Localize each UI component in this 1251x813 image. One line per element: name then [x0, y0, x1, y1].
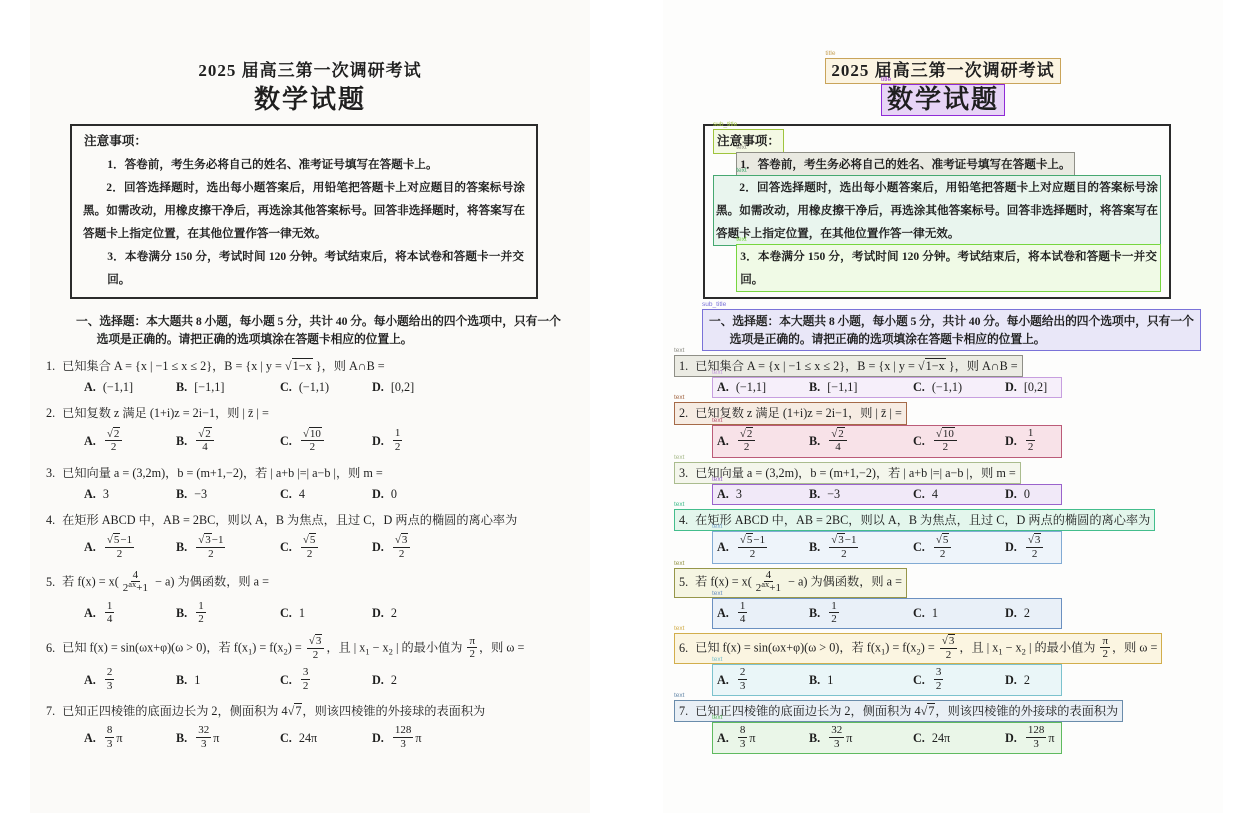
sqrt-overline: 3 [315, 634, 323, 648]
question-block: 6.已知 f(x) = sin(ωx+φ)(ω > 0)，若 f(x1) = f… [663, 634, 1223, 695]
fraction-denominator: 3 [832, 738, 842, 750]
fraction: √32 [393, 533, 411, 560]
annotation-label: text [713, 168, 747, 175]
annotation-label: text [712, 591, 722, 598]
option-label: D. [372, 487, 384, 502]
notice-item-text: 3．本卷满分 150 分，考试时间 120 分钟。考试结束后，将本试卷和答题卡一… [104, 245, 527, 291]
option: A.√22 [84, 428, 176, 455]
fraction-denominator: 2 [1100, 648, 1110, 660]
option-value: √3−12 [827, 534, 860, 561]
exam-subtitle-row: 数学试题 [30, 85, 590, 115]
fraction: √3−12 [196, 533, 225, 560]
option-label: B. [809, 673, 820, 688]
section-heading-line1: 一、选择题：本大题共 8 小题，每小题 5 分，共计 40 分。每小题给出的四个… [709, 312, 1194, 330]
fraction-denominator: 4 [738, 613, 748, 625]
fraction-numerator: 32 [196, 724, 211, 737]
option: A.3 [717, 487, 809, 502]
fraction-numerator: 1 [393, 427, 403, 440]
sqrt-overline: 7 [294, 703, 302, 718]
fraction-numerator: √10 [934, 427, 957, 442]
exam-title-row: 2025 届高三第一次调研考试title [663, 59, 1223, 83]
fraction-numerator: √3 [393, 533, 411, 548]
option: C.√52 [913, 534, 1005, 561]
fraction-numerator: 1 [829, 600, 839, 613]
fraction-denominator: 2 [941, 441, 951, 453]
fraction-numerator: 3 [934, 666, 944, 679]
option-label: A. [717, 487, 729, 502]
sqrt-overline: 5 [746, 533, 754, 547]
fraction-denominator: 2ax+1 [754, 582, 783, 594]
question-block: 1.已知集合 A = {x | −1 ≤ x ≤ 2}，B = {x | y =… [30, 356, 590, 397]
annotation-label: title [825, 51, 835, 58]
fraction-numerator: π [467, 635, 477, 648]
sqrt-overline: 3 [204, 533, 212, 547]
option-label: C. [280, 673, 292, 688]
notice-heading-row: 注意事项：sub_title [714, 130, 1160, 153]
option: A.√5−12 [84, 534, 176, 561]
fraction: √5−12 [738, 533, 767, 560]
question-stem: 4.在矩形 ABCD 中，AB = 2BC，则以 A，B 为焦点，且过 C，D … [42, 510, 521, 530]
superscript: ax [761, 579, 769, 589]
option-value: √5−12 [103, 534, 136, 561]
sqrt-expression: √1−x [285, 359, 313, 373]
options-row: A.14B.12C.1D.2 [80, 599, 428, 629]
option: B.1 [176, 673, 280, 688]
option-value: (−1,1] [736, 380, 766, 395]
question-list: 1.已知集合 A = {x | −1 ≤ x ≤ 2}，B = {x | y =… [30, 356, 590, 753]
option-value: 12 [194, 601, 208, 627]
sqrt-overline: 5 [942, 533, 950, 547]
annotation-label: text [736, 237, 746, 244]
option-value: 1283π [1024, 725, 1055, 751]
fraction-numerator: √5 [934, 533, 952, 548]
option-value: 14 [103, 601, 117, 627]
fraction-denominator: 2 [938, 548, 948, 560]
option-value: 12 [827, 601, 841, 627]
question-block: 3.已知向量 a = (3,2m)，b = (m+1,−2)，若 | a+b |… [30, 463, 590, 504]
fraction-numerator: 8 [738, 724, 748, 737]
fraction-numerator: √3 [1026, 533, 1044, 548]
sqrt-expression: √5 [936, 534, 950, 546]
option-label: C. [913, 673, 925, 688]
fraction: √5−12 [105, 533, 134, 560]
question-stem: 4.在矩形 ABCD 中，AB = 2BC，则以 A，B 为焦点，且过 C，D … [675, 510, 1154, 530]
option-value: √24 [194, 428, 216, 455]
option-label: C. [280, 487, 292, 502]
question-stem: 7.已知正四棱锥的底面边长为 2，侧面积为 4√7，则该四棱锥的外接球的表面积为 [42, 701, 489, 721]
option-value: 83π [736, 725, 756, 751]
option-label: D. [1005, 380, 1017, 395]
option: B.√3−12 [809, 534, 913, 561]
options-row: A.14B.12C.1D.2text [713, 599, 1061, 629]
fraction-denominator: 4 [105, 613, 115, 625]
section-heading: 一、选择题：本大题共 8 小题，每小题 5 分，共计 40 分。每小题给出的四个… [70, 310, 567, 350]
fraction-numerator: 32 [829, 724, 844, 737]
fraction-denominator: 2 [944, 649, 954, 661]
option-label: A. [717, 380, 729, 395]
option-value: 12 [1024, 428, 1038, 454]
question-stem-row: 7.已知正四棱锥的底面边长为 2，侧面积为 4√7，则该四棱锥的外接球的表面积为 [42, 701, 590, 721]
option-value: (−1,1) [932, 380, 962, 395]
option: D.0 [372, 487, 424, 502]
option: C.24π [280, 731, 372, 746]
fraction-denominator: 2 [115, 548, 125, 560]
option-label: D. [1005, 731, 1017, 746]
fraction-denominator: 2 [305, 548, 315, 560]
fraction-numerator: √3 [940, 634, 958, 649]
option: D.2 [372, 673, 424, 688]
option: B.√24 [176, 428, 280, 455]
sqrt-overline: 2 [746, 427, 754, 441]
fraction: √102 [934, 427, 957, 454]
option: D.12 [372, 428, 424, 454]
option-label: D. [372, 673, 384, 688]
question-number: 4. [679, 513, 688, 527]
sqrt-overline: 5 [309, 533, 317, 547]
fraction-denominator: 2 [109, 441, 119, 453]
fraction-numerator: √5−1 [105, 533, 134, 548]
exam-subtitle-row: 数学试题title [663, 85, 1223, 115]
sqrt-expression: √3 [831, 534, 845, 546]
sqrt-overline: 7 [927, 703, 935, 718]
question-stem-row: 4.在矩形 ABCD 中，AB = 2BC，则以 A，B 为焦点，且过 C，D … [675, 510, 1223, 530]
option-value: 3 [736, 487, 742, 502]
fraction: 1283 [393, 724, 414, 750]
fraction: π2 [467, 635, 477, 661]
fraction: π2 [1100, 635, 1110, 661]
question-number: 7. [679, 704, 688, 718]
fraction: 323 [829, 724, 844, 750]
sqrt-expression: √3 [395, 534, 409, 546]
option-value: √5−12 [736, 534, 769, 561]
section-heading-line2: 选项是正确的。请把正确的选项填涂在答题卡相应的位置上。 [97, 330, 561, 348]
option-label: D. [372, 540, 384, 555]
option-value: 32 [299, 667, 313, 693]
exam-subtitle: 数学试题 [249, 85, 371, 115]
fraction-numerator: π [1100, 635, 1110, 648]
question-stem-row: 4.在矩形 ABCD 中，AB = 2BC，则以 A，B 为焦点，且过 C，D … [42, 510, 590, 530]
fraction: 83 [105, 724, 115, 750]
notice-item-text: 3．本卷满分 150 分，考试时间 120 分钟。考试结束后，将本试卷和答题卡一… [737, 245, 1160, 291]
question-stem: 3.已知向量 a = (3,2m)，b = (m+1,−2)，若 | a+b |… [42, 463, 387, 483]
notice-heading-row: 注意事项： [81, 130, 527, 153]
sqrt-expression: √7 [921, 704, 936, 718]
option: A.3 [84, 487, 176, 502]
option: D.[0,2] [372, 380, 424, 395]
option-value: 2 [1024, 606, 1030, 621]
option-value: −3 [827, 487, 840, 502]
options-row: A.(−1,1]B.[−1,1]C.(−1,1)D.[0,2] [80, 378, 428, 397]
option-label: B. [809, 380, 820, 395]
option: D.12 [1005, 428, 1057, 454]
question-stem: 2.已知复数 z 满足 (1+i)z = 2i−1，则 | z̄ | =text [675, 403, 906, 423]
question-stem: 3.已知向量 a = (3,2m)，b = (m+1,−2)，若 | a+b |… [675, 463, 1020, 483]
annotation-label: text [674, 455, 684, 462]
annotation-label: text [712, 370, 722, 377]
option-label: C. [913, 380, 925, 395]
option-value: 32 [932, 667, 946, 693]
option: A.(−1,1] [717, 380, 809, 395]
screenshot-canvas: 2025 届高三第一次调研考试 数学试题 注意事项： 1．答卷前，考生务必将自己… [0, 0, 1251, 813]
fraction-numerator: √2 [738, 427, 756, 442]
option-label: D. [1005, 606, 1017, 621]
option: B.[−1,1] [176, 380, 280, 395]
option-label: A. [717, 434, 729, 449]
fraction-numerator: 2 [738, 666, 748, 679]
fraction-denominator: 3 [199, 738, 209, 750]
option-value: √3−12 [194, 534, 227, 561]
option-value: √102 [932, 428, 959, 455]
fraction-denominator: 2 [1030, 548, 1040, 560]
fraction-numerator: 2 [105, 666, 115, 679]
section-heading-line1: 一、选择题：本大题共 8 小题，每小题 5 分，共计 40 分。每小题给出的四个… [76, 312, 561, 330]
notice-item: 2．回答选择题时，选出每小题答案后，用铅笔把答题卡上对应题目的答案标号涂黑。如需… [714, 176, 1160, 245]
fraction-numerator: 1 [738, 600, 748, 613]
option-label: D. [1005, 487, 1017, 502]
fraction-numerator: √2 [196, 427, 214, 442]
question-block: 1.已知集合 A = {x | −1 ≤ x ≤ 2}，B = {x | y =… [663, 356, 1223, 397]
option-label: D. [1005, 673, 1017, 688]
option-label: C. [280, 380, 292, 395]
option-value: 2 [391, 606, 397, 621]
option-value: [0,2] [391, 380, 414, 395]
sqrt-expression: √10 [936, 428, 955, 440]
annotation-label: text [712, 715, 722, 722]
option: C.4 [280, 487, 372, 502]
option: D.1283π [1005, 725, 1057, 751]
question-stem: 7.已知正四棱锥的底面边长为 2，侧面积为 4√7，则该四棱锥的外接球的表面积为… [675, 701, 1122, 721]
sqrt-overline: 2 [204, 427, 212, 441]
fraction: 42ax+1 [121, 569, 150, 595]
option: C.(−1,1) [280, 380, 372, 395]
fraction-denominator: 3 [398, 738, 408, 750]
sqrt-overline: 5 [113, 533, 121, 547]
fraction: 1283 [1026, 724, 1047, 750]
question-number: 2. [679, 406, 688, 420]
option-label: D. [372, 380, 384, 395]
option-value: [−1,1] [827, 380, 857, 395]
fraction: 14 [105, 600, 115, 626]
option-value: √22 [103, 428, 125, 455]
question-block: 2.已知复数 z 满足 (1+i)z = 2i−1，则 | z̄ | =A.√2… [30, 403, 590, 456]
question-stem: 2.已知复数 z 满足 (1+i)z = 2i−1，则 | z̄ | = [42, 403, 273, 423]
option-value: √102 [299, 428, 326, 455]
question-stem-row: 1.已知集合 A = {x | −1 ≤ x ≤ 2}，B = {x | y =… [675, 356, 1223, 376]
sqrt-overline: 2 [113, 427, 121, 441]
options-row: A.√5−12B.√3−12C.√52D.√32text [713, 532, 1061, 563]
options-row: A.√5−12B.√3−12C.√52D.√32 [80, 532, 428, 563]
fraction-denominator: 2 [311, 649, 321, 661]
option: B.1 [809, 673, 913, 688]
question-stem: 5.若 f(x) = x(42ax+1 − a) 为偶函数，则 a = [42, 569, 273, 597]
option-label: B. [809, 434, 820, 449]
option: D.2 [1005, 606, 1057, 621]
fraction: 12 [1026, 427, 1036, 453]
question-stem-row: 2.已知复数 z 满足 (1+i)z = 2i−1，则 | z̄ | =text [675, 403, 1223, 423]
option-label: A. [84, 673, 96, 688]
option-label: C. [913, 487, 925, 502]
option-value: [0,2] [1024, 380, 1047, 395]
sqrt-expression: √3 [198, 534, 212, 546]
subscript: 1 [998, 647, 1002, 657]
question-number: 6. [46, 641, 55, 655]
option-value: 1283π [391, 725, 422, 751]
fraction: 12 [196, 600, 206, 626]
option-value: 2 [391, 673, 397, 688]
exam-title: 2025 届高三第一次调研考试 [193, 59, 426, 83]
option-value: 323π [194, 725, 219, 751]
option: A.(−1,1] [84, 380, 176, 395]
option-value: 0 [1024, 487, 1030, 502]
option-label: D. [1005, 540, 1017, 555]
notice-box: 注意事项： 1．答卷前，考生务必将自己的姓名、准考证号填写在答题卡上。 2．回答… [70, 124, 538, 299]
fraction: √32 [940, 634, 958, 661]
option-value: 1 [299, 606, 305, 621]
option: B.√24 [809, 428, 913, 455]
option-value: 1 [194, 673, 200, 688]
fraction: √102 [301, 427, 324, 454]
question-block: 7.已知正四棱锥的底面边长为 2，侧面积为 4√7，则该四棱锥的外接球的表面积为… [663, 701, 1223, 753]
option-value: 3 [103, 487, 109, 502]
question-number: 1. [679, 359, 688, 373]
option-label: A. [717, 731, 729, 746]
sqrt-expression: √5 [107, 534, 121, 546]
option-value: 4 [932, 487, 938, 502]
options-row: A.83πB.323πC.24πD.1283π [80, 723, 428, 753]
fraction: 23 [105, 666, 115, 692]
sqrt-overline: 3 [1034, 533, 1042, 547]
option: D.√32 [372, 534, 424, 561]
fraction-denominator: 4 [833, 441, 843, 453]
option-label: A. [84, 540, 96, 555]
notice-item: 3．本卷满分 150 分，考试时间 120 分钟。考试结束后，将本试卷和答题卡一… [81, 245, 527, 291]
options-row: A.23B.1C.32D.2 [80, 665, 428, 695]
option-value: (−1,1) [299, 380, 329, 395]
fraction: √32 [307, 634, 325, 661]
option-value: √22 [736, 428, 758, 455]
question-stem: 6.已知 f(x) = sin(ωx+φ)(ω > 0)，若 f(x1) = f… [42, 634, 528, 663]
fraction: √22 [105, 427, 123, 454]
annotation-label: sub_title [702, 302, 726, 309]
fraction-numerator: 3 [301, 666, 311, 679]
question-stem: 6.已知 f(x) = sin(ωx+φ)(ω > 0)，若 f(x1) = f… [675, 634, 1161, 663]
exam-title: 2025 届高三第一次调研考试title [826, 59, 1059, 83]
fraction-numerator: 128 [1026, 724, 1047, 737]
option: C.32 [913, 667, 1005, 693]
option-label: D. [372, 434, 384, 449]
fraction-denominator: 2 [1026, 441, 1036, 453]
option: B.[−1,1] [809, 380, 913, 395]
option-label: C. [280, 606, 292, 621]
fraction-denominator: 2 [393, 441, 403, 453]
option-label: C. [913, 731, 925, 746]
option: B.−3 [176, 487, 280, 502]
option: B.323π [176, 725, 280, 751]
options-row: A.3B.−3C.4D.0text [713, 485, 1061, 504]
fraction-denominator: 2 [748, 548, 758, 560]
subscript: 1 [248, 647, 252, 657]
fraction: 83 [738, 724, 748, 750]
option-value: −3 [194, 487, 207, 502]
option: B.12 [176, 601, 280, 627]
subscript: 2 [284, 647, 288, 657]
fraction-numerator: √5 [301, 533, 319, 548]
options-row: A.3B.−3C.4D.0 [80, 485, 428, 504]
fraction-denominator: 3 [1031, 738, 1041, 750]
question-stem-row: 1.已知集合 A = {x | −1 ≤ x ≤ 2}，B = {x | y =… [42, 356, 590, 376]
fraction-denominator: 2 [829, 613, 839, 625]
sqrt-expression: √3 [1028, 534, 1042, 546]
option: C.24π [913, 731, 1005, 746]
option-value: √32 [1024, 534, 1046, 561]
option-value: 23 [103, 667, 117, 693]
sqrt-overline: 3 [837, 533, 845, 547]
sqrt-expression: √1−x [918, 359, 946, 373]
fraction-numerator: 128 [393, 724, 414, 737]
fraction: √24 [196, 427, 214, 454]
notice-item: 1．答卷前，考生务必将自己的姓名、准考证号填写在答题卡上。 [81, 153, 527, 176]
notice-heading: 注意事项： [81, 130, 150, 153]
sqrt-expression: √5 [303, 534, 317, 546]
option-value: 12 [391, 428, 405, 454]
option: C.1 [280, 606, 372, 621]
option: A.23 [717, 667, 809, 693]
sqrt-overline: 1−x [292, 358, 313, 373]
option: D.1283π [372, 725, 424, 751]
fraction-numerator: 1 [196, 600, 206, 613]
exam-title-row: 2025 届高三第一次调研考试 [30, 59, 590, 83]
question-block: 3.已知向量 a = (3,2m)，b = (m+1,−2)，若 | a+b |… [663, 463, 1223, 504]
option: D.0 [1005, 487, 1057, 502]
option-label: A. [84, 731, 96, 746]
option: C.32 [280, 667, 372, 693]
question-block: 5.若 f(x) = x(42ax+1 − a) 为偶函数，则 a =A.14B… [30, 569, 590, 628]
option-label: B. [176, 606, 187, 621]
option-value: 24π [299, 731, 317, 746]
option: A.83π [84, 725, 176, 751]
fraction-denominator: 2 [301, 680, 311, 692]
question-stem: 5.若 f(x) = x(42ax+1 − a) 为偶函数，则 a =text [675, 569, 906, 597]
option: C.(−1,1) [913, 380, 1005, 395]
option-label: C. [913, 606, 925, 621]
question-stem-row: 3.已知向量 a = (3,2m)，b = (m+1,−2)，若 | a+b |… [675, 463, 1223, 483]
question-number: 7. [46, 704, 55, 718]
question-stem: 1.已知集合 A = {x | −1 ≤ x ≤ 2}，B = {x | y =… [42, 356, 389, 376]
exam-page-plain: 2025 届高三第一次调研考试 数学试题 注意事项： 1．答卷前，考生务必将自己… [30, 0, 590, 813]
fraction-denominator: 2 [397, 548, 407, 560]
option: A.14 [84, 601, 176, 627]
option-value: [−1,1] [194, 380, 224, 395]
fraction: √3−12 [829, 533, 858, 560]
notice-heading: 注意事项：sub_title [714, 130, 783, 153]
option: B.√3−12 [176, 534, 280, 561]
fraction: √24 [829, 427, 847, 454]
sqrt-expression: √3 [309, 635, 323, 647]
fraction-numerator: 8 [105, 724, 115, 737]
annotation-label: text [674, 626, 684, 633]
fraction: √22 [738, 427, 756, 454]
fraction: 323 [196, 724, 211, 750]
option-value: 1 [932, 606, 938, 621]
annotation-label: text [712, 657, 722, 664]
fraction-denominator: 2 [467, 648, 477, 660]
option-label: B. [176, 380, 187, 395]
fraction-denominator: 3 [738, 680, 748, 692]
fraction-numerator: 1 [1026, 427, 1036, 440]
annotation-label: sub_title [713, 122, 737, 129]
options-row: A.83πB.323πC.24πD.1283πtext [713, 723, 1061, 753]
fraction-denominator: 2 [839, 548, 849, 560]
